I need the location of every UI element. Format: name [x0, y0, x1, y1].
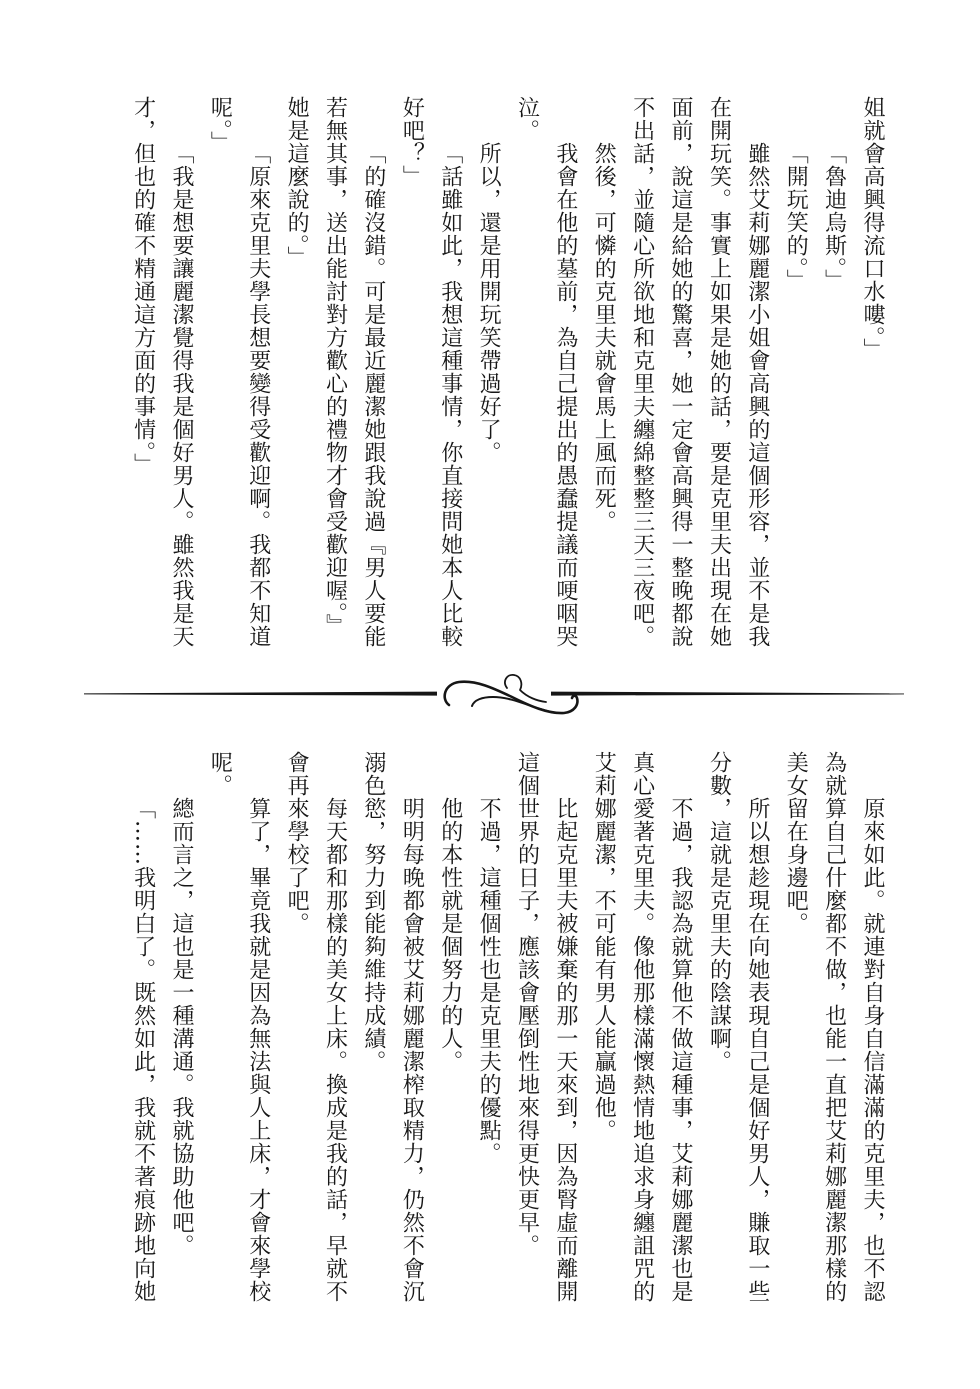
text-column: 比起克里夫被嫌棄的那一天來到，因為腎虛而離開	[545, 751, 583, 1321]
text-column: 每天都和那樣的美女上床。換成是我的話，早就不	[315, 751, 353, 1321]
text-column: 不出話，並隨心所欲地和克里夫纏綿整整三天三夜吧。	[622, 96, 660, 666]
text-column: 呢。	[200, 751, 238, 1321]
text-column: 好吧？」	[392, 96, 430, 666]
text-column: 為就算自己什麼都不做，也能一直把艾莉娜麗潔那樣的	[814, 751, 852, 1321]
lower-text-section: 原來如此。就連對自身自信滿滿的克里夫，也不認 為就算自己什麼都不做，也能一直把艾…	[123, 751, 891, 1321]
text-column: 他的本性就是個努力的人。	[430, 751, 468, 1321]
text-column: 溺色慾，努力到能夠維持成績。	[354, 751, 392, 1321]
text-column: 「的確沒錯。可是最近麗潔她跟我說過『男人要能	[354, 96, 392, 666]
text-column: 雖然艾莉娜麗潔小姐會高興的這個形容，並不是我	[737, 96, 775, 666]
text-column: 所以，還是用開玩笑帶過好了。	[469, 96, 507, 666]
text-column: 「……我明白了。既然如此，我就不著痕跡地向她	[123, 751, 161, 1321]
text-column: 在開玩笑。事實上如果是她的話，要是克里夫出現在她	[699, 96, 737, 666]
upper-text-section: 姐就會高興得流口水嘍。」 「魯迪烏斯。」 「開玩笑的。」 雖然艾莉娜麗潔小姐會高…	[123, 96, 891, 666]
text-column: 算了，畢竟我就是因為無法與人上床，才會來學校	[238, 751, 276, 1321]
text-column: 她是這麼說的。」	[277, 96, 315, 666]
flourish-inner-swash	[472, 697, 556, 713]
text-column: 「原來克里夫學長想要變得受歡迎啊。我都不知道	[238, 96, 276, 666]
text-column: 所以想趁現在向她表現自己是個好男人，賺取一些	[737, 751, 775, 1321]
text-column: 我會在他的墓前，為自己提出的愚蠢提議而哽咽哭	[545, 96, 583, 666]
text-column: 泣。	[507, 96, 545, 666]
text-column: 「開玩笑的。」	[776, 96, 814, 666]
text-column: 才，但也的確不精通這方面的事情。」	[123, 96, 161, 666]
flourish-ornament-icon	[0, 650, 980, 740]
text-column: 呢。」	[200, 96, 238, 666]
text-column: 不過，我認為就算他不做這種事，艾莉娜麗潔也是	[661, 751, 699, 1321]
text-column: 明明每晚都會被艾莉娜麗潔榨取精力，仍然不會沉	[392, 751, 430, 1321]
text-column: 「話雖如此，我想這種事情，你直接問她本人比較	[430, 96, 468, 666]
text-column: 然後，可憐的克里夫就會馬上風而死。	[584, 96, 622, 666]
divider-rule-left	[84, 692, 437, 696]
text-column: 美女留在身邊吧。	[776, 751, 814, 1321]
scene-divider	[0, 650, 980, 740]
text-column: 面前，說這是給她的驚喜，她一定會高興得一整晚都說	[661, 96, 699, 666]
text-column: 「我是想要讓麗潔覺得我是個好男人。雖然我是天	[162, 96, 200, 666]
divider-rule-right	[551, 692, 904, 696]
text-column: 分數，這就是克里夫的陰謀啊。	[699, 751, 737, 1321]
text-column: 這個世界的日子，應該會壓倒性地來得更快更早。	[507, 751, 545, 1321]
text-column: 原來如此。就連對自身自信滿滿的克里夫，也不認	[853, 751, 891, 1321]
flourish-main-swash	[445, 682, 578, 713]
text-column: 會再來學校了吧。	[277, 751, 315, 1321]
text-column: 總而言之，這也是一種溝通。我就協助他吧。	[162, 751, 200, 1321]
text-column: 若無其事，送出能討對方歡心的禮物才會受歡迎喔。』	[315, 96, 353, 666]
text-column: 不過，這種個性也是克里夫的優點。	[469, 751, 507, 1321]
text-column: 「魯迪烏斯。」	[814, 96, 852, 666]
text-column: 艾莉娜麗潔，不可能有男人能贏過他。	[584, 751, 622, 1321]
text-column: 姐就會高興得流口水嘍。」	[853, 96, 891, 666]
text-column: 真心愛著克里夫。像他那樣滿懷熱情地追求身纏詛咒的	[622, 751, 660, 1321]
